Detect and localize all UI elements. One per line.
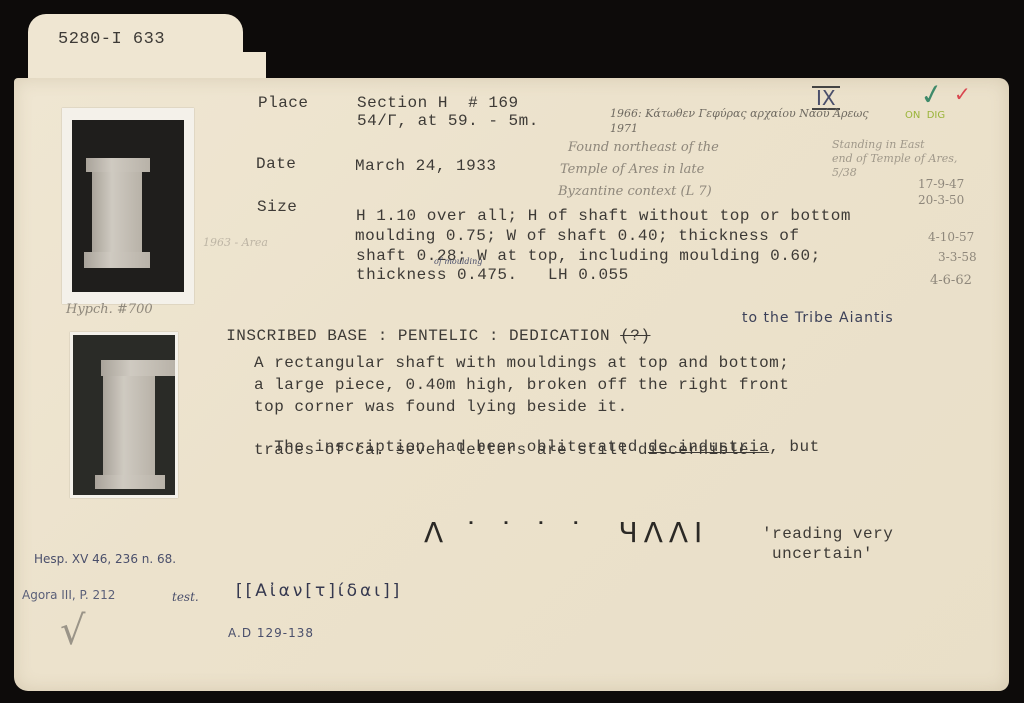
date-stamp-1: 17-9-47 (918, 177, 964, 191)
greek-note-line2: 1971 (610, 122, 638, 135)
stone-shaft (103, 371, 155, 479)
date-stamp-5: 4-6-62 (930, 273, 972, 288)
size-line-2: moulding 0.75; W of shaft 0.40; thicknes… (355, 227, 799, 245)
photo-2-image (73, 335, 175, 495)
description-line-3: top corner was found lying beside it. (254, 398, 628, 416)
reading-note-line2: uncertain' (772, 545, 873, 563)
test-label: test. (172, 590, 199, 604)
standing-note-3: 5/38 (832, 166, 857, 179)
stone-base-bottom (84, 252, 150, 268)
greek-reading: [[Αἰαν[τ]ίδαι]] (236, 581, 402, 601)
description-line-1: A rectangular shaft with mouldings at to… (254, 354, 789, 372)
heading-handwritten: to the Tribe Aiantis (742, 310, 894, 326)
place-value-line1: Section H # 169 (357, 94, 519, 112)
place-value-line2: 54/Γ, at 59. - 5m. (357, 112, 539, 130)
date-range: A.D 129-138 (228, 626, 314, 640)
on-dig-note: ON DIG (905, 110, 945, 121)
heading-struck: (?) (620, 327, 650, 345)
photo-1-image (72, 120, 184, 292)
heading-text: INSCRIBED BASE : PENTELIC : DEDICATION (226, 327, 610, 345)
size-line-4: thickness 0.475. LH 0.055 (356, 266, 629, 284)
faded-note: 1963 - Area (203, 236, 268, 249)
date-stamp-2: 20-3-50 (918, 193, 964, 207)
pencil-check-icon: √ (60, 608, 86, 654)
hesp-reference: Hesp. XV 46, 236 n. 68. (34, 552, 176, 566)
description-line-2: a large piece, 0.40m high, broken off th… (254, 376, 789, 394)
stone-top (101, 360, 175, 376)
object-heading: INSCRIBED BASE : PENTELIC : DEDICATION (… (206, 309, 650, 345)
size-insertion: of moulding (434, 257, 482, 266)
standing-note-1: Standing in East (832, 138, 925, 151)
description-line-5: traces of ca. seven letters are still di… (254, 441, 759, 459)
red-check-icon: ✓ (954, 82, 971, 106)
found-note-1: Found northeast of the (568, 140, 719, 155)
stone-bottom (95, 475, 165, 489)
reading-note-line1: 'reading very (762, 525, 893, 543)
photo-1 (62, 108, 194, 304)
standing-note-2: end of Temple of Ares, (832, 152, 957, 165)
date-value: March 24, 1933 (355, 157, 496, 175)
size-label: Size (257, 198, 297, 216)
date-stamp-3: 4-10-57 (928, 230, 974, 244)
greek-note-line1: 1966: Κάτωθεν Γεφύρας αρχαίου Ναού Άρεως (610, 107, 869, 120)
catalog-number: 5280-I 633 (58, 30, 165, 49)
agora-reference: Agora III, P. 212 (22, 588, 115, 602)
found-note-3: Byzantine context (L 7) (558, 184, 712, 199)
found-note-2: Temple of Ares in late (560, 162, 704, 177)
inscription-glyphs: Λ ˙ ˙ ˙ ˙ ЧΛΛI (424, 516, 708, 549)
stone-base-top (86, 158, 150, 172)
date-stamp-4: 3-3-58 (938, 250, 977, 264)
photo-2 (70, 332, 178, 498)
description-line-4-b: , but (769, 438, 820, 456)
date-label: Date (256, 155, 296, 173)
place-label: Place (258, 94, 309, 112)
size-line-1: H 1.10 over all; H of shaft without top … (356, 207, 851, 225)
size-line-3: shaft 0.28; W at top, including moulding… (356, 247, 821, 265)
photo-label: Hypch. #700 (66, 302, 153, 317)
